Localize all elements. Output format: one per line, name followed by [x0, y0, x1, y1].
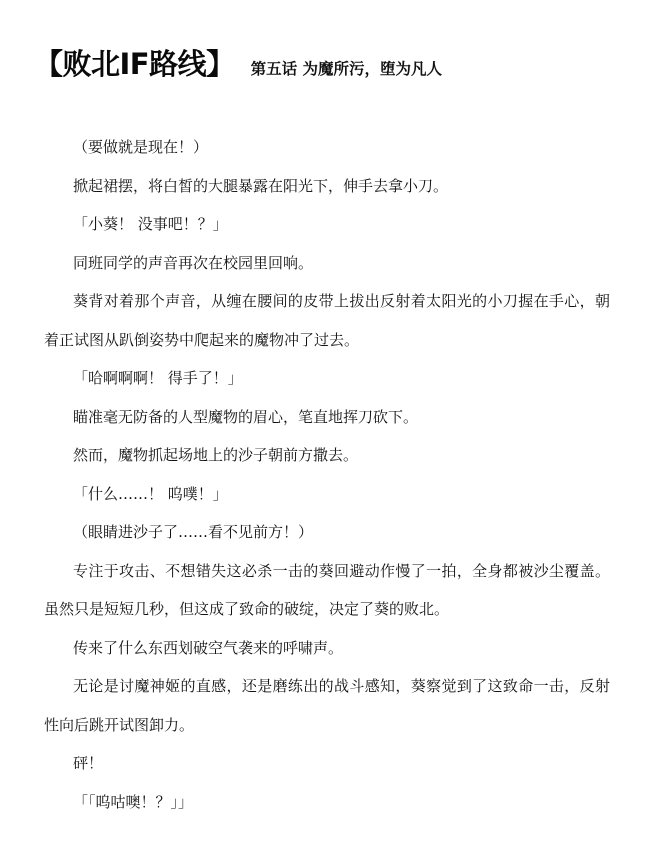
sound-effect-line: 砰！ — [44, 744, 610, 783]
paragraph: （要做就是现在！） — [44, 128, 610, 167]
paragraph: 掀起裙摆，将白皙的大腿暴露在阳光下，伸手去拿小刀。 — [44, 167, 610, 206]
paragraph: 无论是讨魔神姬的直感，还是磨练出的战斗感知，葵察觉到了这致命一击，反射性向后跳开… — [44, 667, 610, 744]
dialogue-line: 「哈啊啊啊！ 得手了！」 — [44, 359, 610, 398]
paragraph: 传来了什么东西划破空气袭来的呼啸声。 — [44, 629, 610, 668]
chapter-header: 【败北IF路线】 第五话 为魔所污，堕为凡人 — [34, 42, 442, 83]
dialogue-line: 「小葵！ 没事吧！？」 — [44, 205, 610, 244]
paragraph: 然而，魔物抓起场地上的沙子朝前方撒去。 — [44, 436, 610, 475]
dialogue-line: 「什么……！ 呜噗！」 — [44, 475, 610, 514]
thought-line: （眼睛进沙子了……看不见前方！） — [44, 513, 610, 552]
dialogue-line: 「「呜咕噢！？」」 — [44, 783, 610, 822]
paragraph: 专注于攻击、不想错失这必杀一击的葵回避动作慢了一拍，全身都被沙尘覆盖。虽然只是短… — [44, 552, 610, 629]
series-title: 【败北IF路线】 — [34, 42, 235, 83]
paragraph: 瞄准毫无防备的人型魔物的眉心，笔直地挥刀砍下。 — [44, 398, 610, 437]
paragraph: 葵背对着那个声音，从缠在腰间的皮带上拔出反射着太阳光的小刀握在手心，朝着正试图从… — [44, 282, 610, 359]
chapter-title: 第五话 为魔所污，堕为凡人 — [251, 57, 442, 79]
paragraph: 同班同学的声音再次在校园里回响。 — [44, 244, 610, 283]
chapter-body: （要做就是现在！） 掀起裙摆，将白皙的大腿暴露在阳光下，伸手去拿小刀。 「小葵！… — [44, 128, 610, 821]
